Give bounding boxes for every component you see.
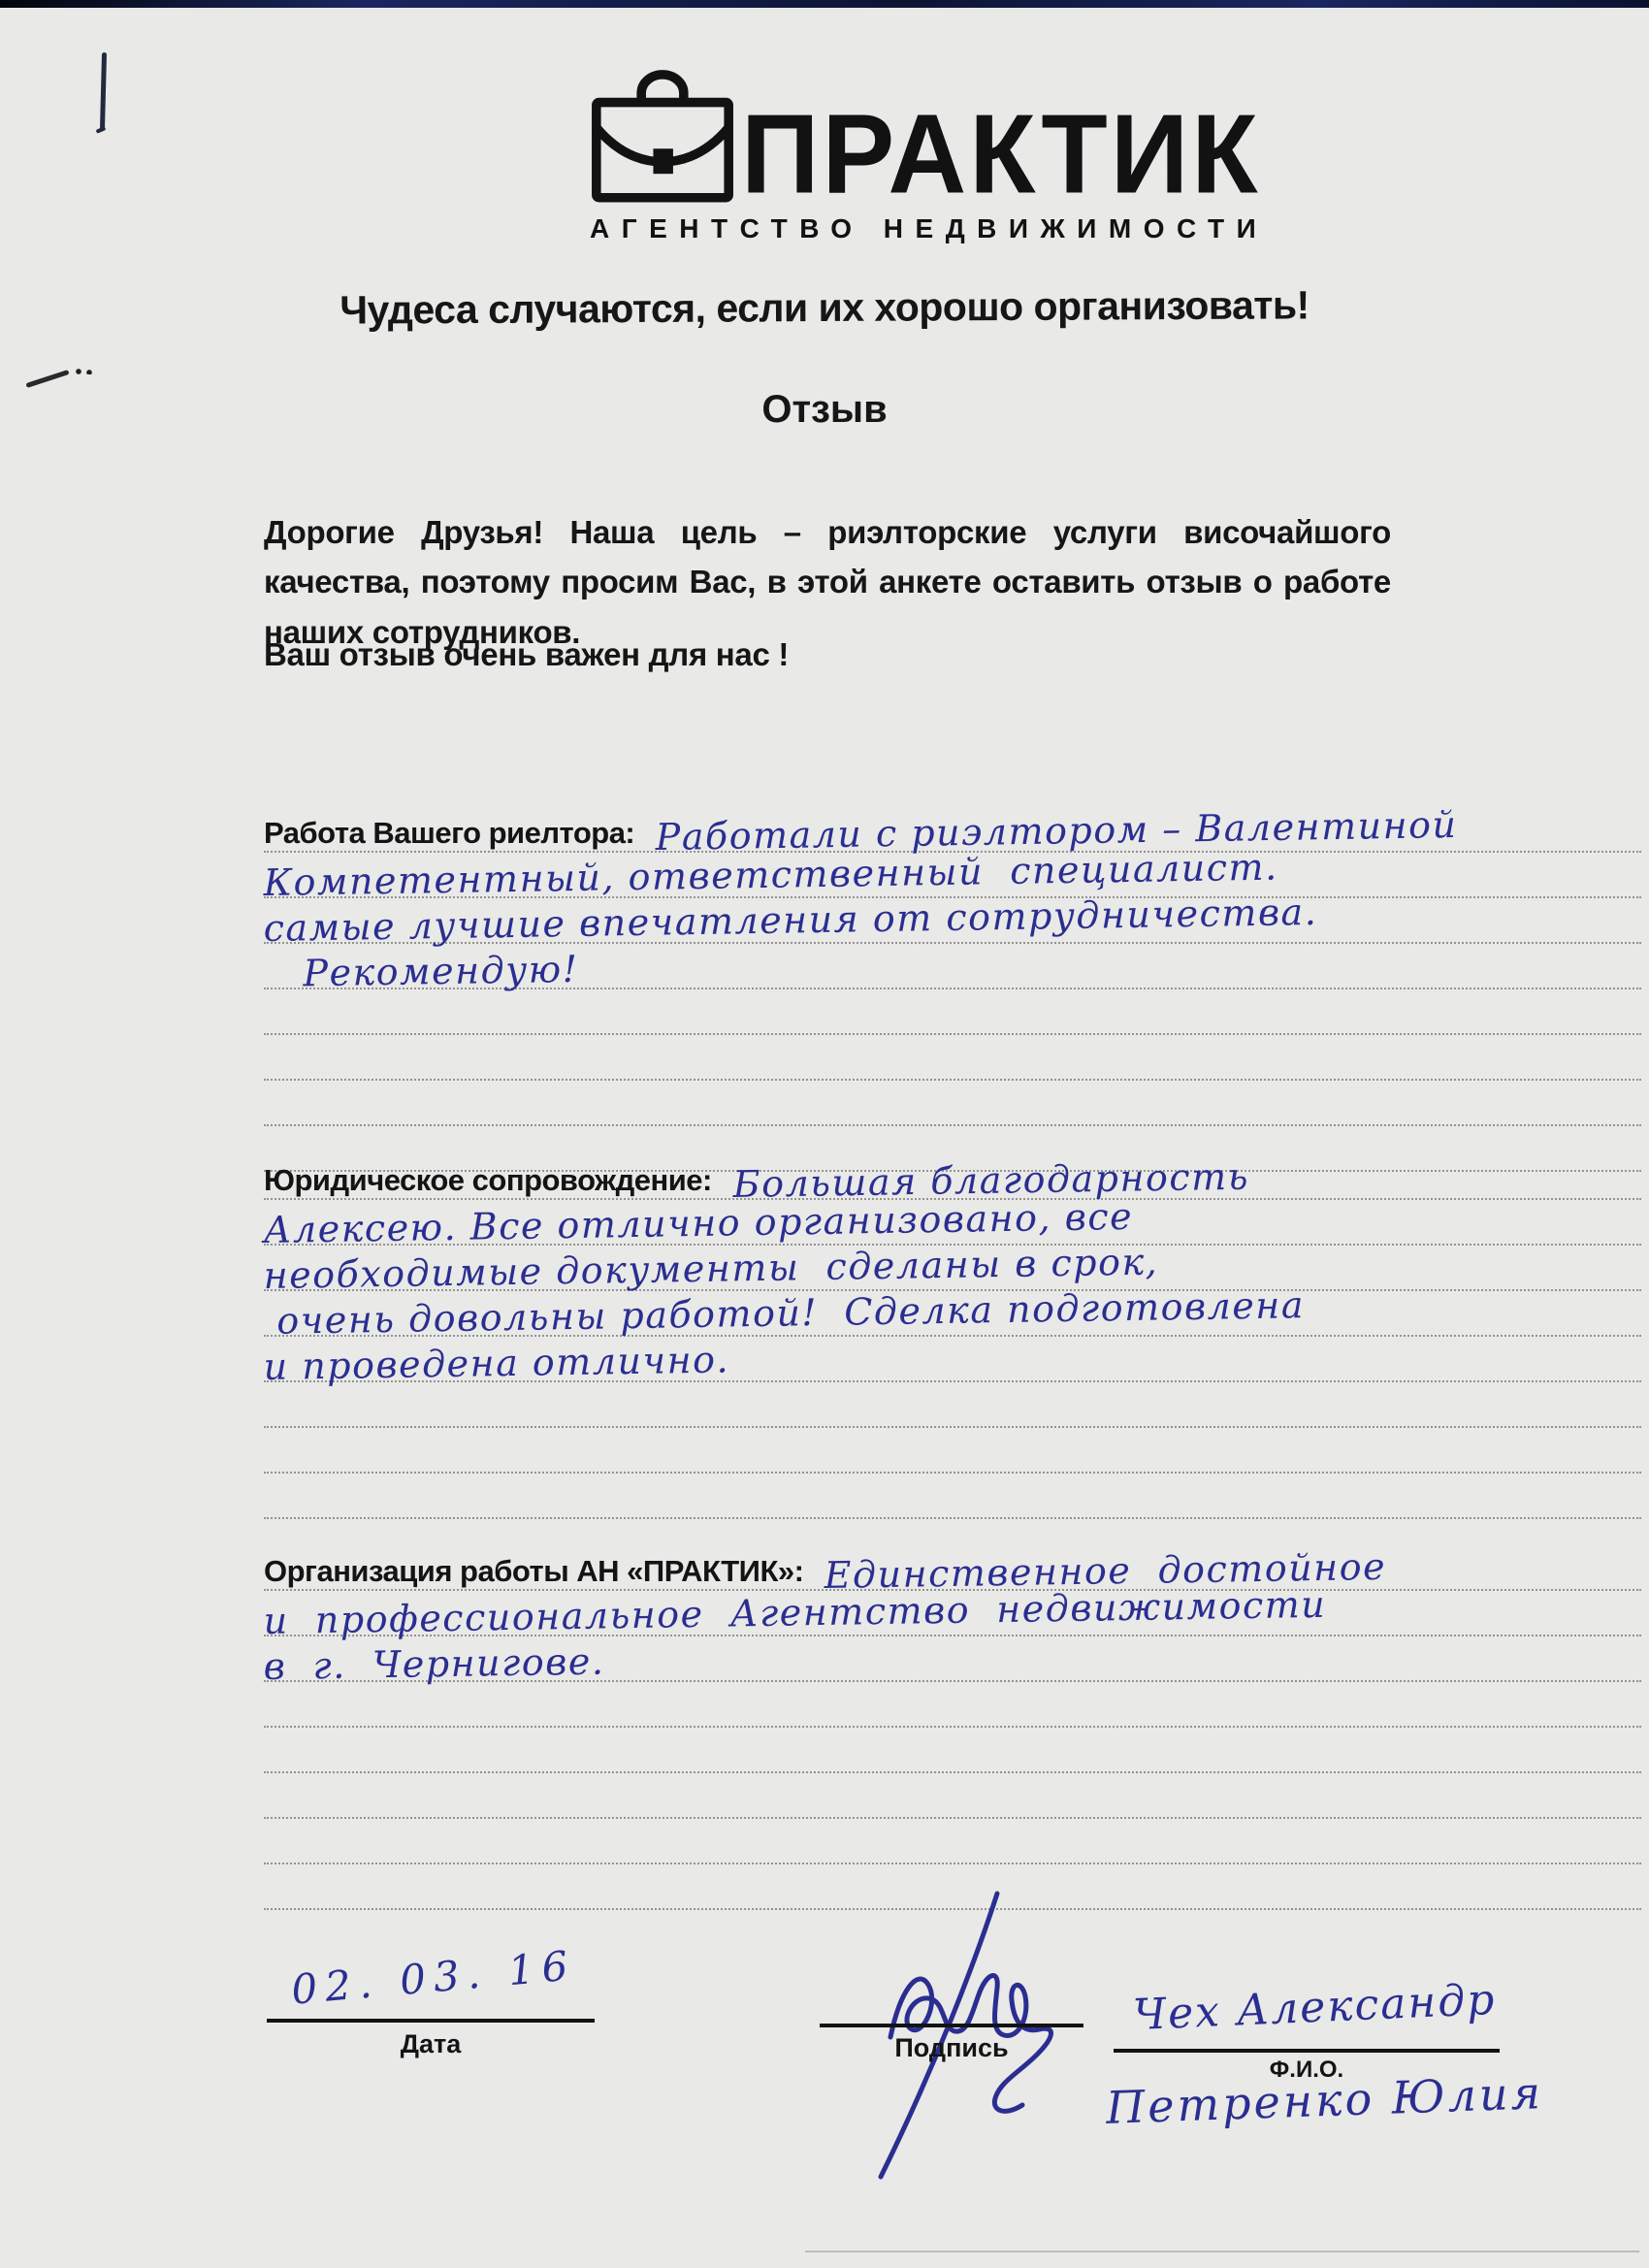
- ruled-line: [264, 1428, 1641, 1474]
- ruled-line: [264, 1728, 1641, 1773]
- field-label: Работа Вашего риелтора:: [264, 818, 634, 851]
- field-label: Юридическое сопровождение:: [264, 1165, 712, 1198]
- handwritten-text: Большая благодарность: [732, 1158, 1249, 1203]
- importance-note: Ваш отзыв очень важен для нас !: [264, 636, 789, 673]
- ruled-line: Юридическое сопровождение:Большая благод…: [264, 1154, 1641, 1200]
- field-agency-organization: Организация работы АН «ПРАКТИК»:Единстве…: [264, 1545, 1641, 1910]
- ruled-line: [264, 1682, 1641, 1728]
- ruled-line: [264, 1382, 1641, 1428]
- handwritten-text: Рекомендую!: [263, 951, 578, 992]
- fio-value2-handwritten: Петренко Юлия: [1105, 2070, 1543, 2130]
- handwritten-text: самые лучшие впечатления от сотрудничест…: [263, 893, 1317, 947]
- scanned-feedback-form: ПРАКТИК АГЕНТСТВО НЕДВИЖИМОСТИ Чудеса сл…: [0, 0, 1649, 2268]
- ruled-line: [264, 1081, 1641, 1126]
- date-value-handwritten: 02. 03. 16: [290, 1945, 577, 2010]
- form-title: Отзыв: [0, 388, 1649, 432]
- ruled-line: Организация работы АН «ПРАКТИК»:Единстве…: [264, 1545, 1641, 1591]
- slogan: Чудеса случаются, если их хорошо организ…: [0, 281, 1649, 336]
- handwritten-text: в г. Чернигове.: [263, 1642, 604, 1685]
- handwritten-text: и проведена отлично.: [263, 1341, 729, 1385]
- pen-smudge-dots: [76, 369, 93, 374]
- field-realtor-review: Работа Вашего риелтора:Работали с риэлто…: [264, 807, 1641, 1172]
- handwritten-text: Алексею. Все отлично организовано, все: [263, 1198, 1133, 1248]
- handwritten-text: необходимые документы сделаны в срок,: [263, 1244, 1158, 1294]
- ruled-line: необходимые документы сделаны в срок,: [264, 1246, 1641, 1291]
- intro-text: Дорогие Друзья! Наша цель – риэлторские …: [264, 507, 1391, 657]
- ruled-line: Компетентный, ответственный специалист.: [264, 853, 1641, 898]
- ruled-line: в г. Чернигове.: [264, 1636, 1641, 1682]
- ruled-line: Работа Вашего риелтора:Работали с риэлто…: [264, 807, 1641, 853]
- logo-subtitle: АГЕНТСТВО НЕДВИЖИМОСТИ: [590, 213, 1238, 244]
- field-legal-support: Юридическое сопровождение:Большая благод…: [264, 1154, 1641, 1519]
- date-line: [267, 2019, 595, 2023]
- ruled-line: Рекомендую!: [264, 944, 1641, 989]
- signature-line: [820, 2024, 1083, 2027]
- pen-smudge: [25, 370, 69, 388]
- ruled-line: [264, 1474, 1641, 1519]
- ruled-line: и проведена отлично.: [264, 1337, 1641, 1382]
- handwritten-text: и профессиональное Агентство недвижимост…: [263, 1586, 1326, 1639]
- scan-bottom-artifact: [805, 2251, 1639, 2252]
- signature-label: Подпись: [820, 2033, 1083, 2063]
- field-label: Организация работы АН «ПРАКТИК»:: [264, 1556, 803, 1589]
- date-label: Дата: [267, 2029, 595, 2059]
- pen-mark: [100, 52, 107, 130]
- fio-line: [1114, 2049, 1500, 2053]
- handwritten-text: очень довольны работой! Сделка подготовл…: [263, 1286, 1305, 1340]
- agency-logo: ПРАКТИК АГЕНТСТВО НЕДВИЖИМОСТИ: [590, 68, 1238, 244]
- fio-value-handwritten: Чех Александр: [1132, 1979, 1497, 2037]
- ruled-line: самые лучшие впечатления от сотрудничест…: [264, 898, 1641, 944]
- ruled-line: очень довольны работой! Сделка подготовл…: [264, 1291, 1641, 1337]
- ruled-line: [264, 989, 1641, 1035]
- briefcase-icon: [590, 68, 735, 206]
- scan-edge-artifact: [0, 0, 1649, 8]
- ruled-line: и профессиональное Агентство недвижимост…: [264, 1591, 1641, 1636]
- logo-title: ПРАКТИК: [741, 102, 1261, 206]
- ruled-line: [264, 1035, 1641, 1081]
- ruled-line: [264, 1819, 1641, 1864]
- ruled-line: [264, 1773, 1641, 1819]
- ruled-line: Алексею. Все отлично организовано, все: [264, 1200, 1641, 1246]
